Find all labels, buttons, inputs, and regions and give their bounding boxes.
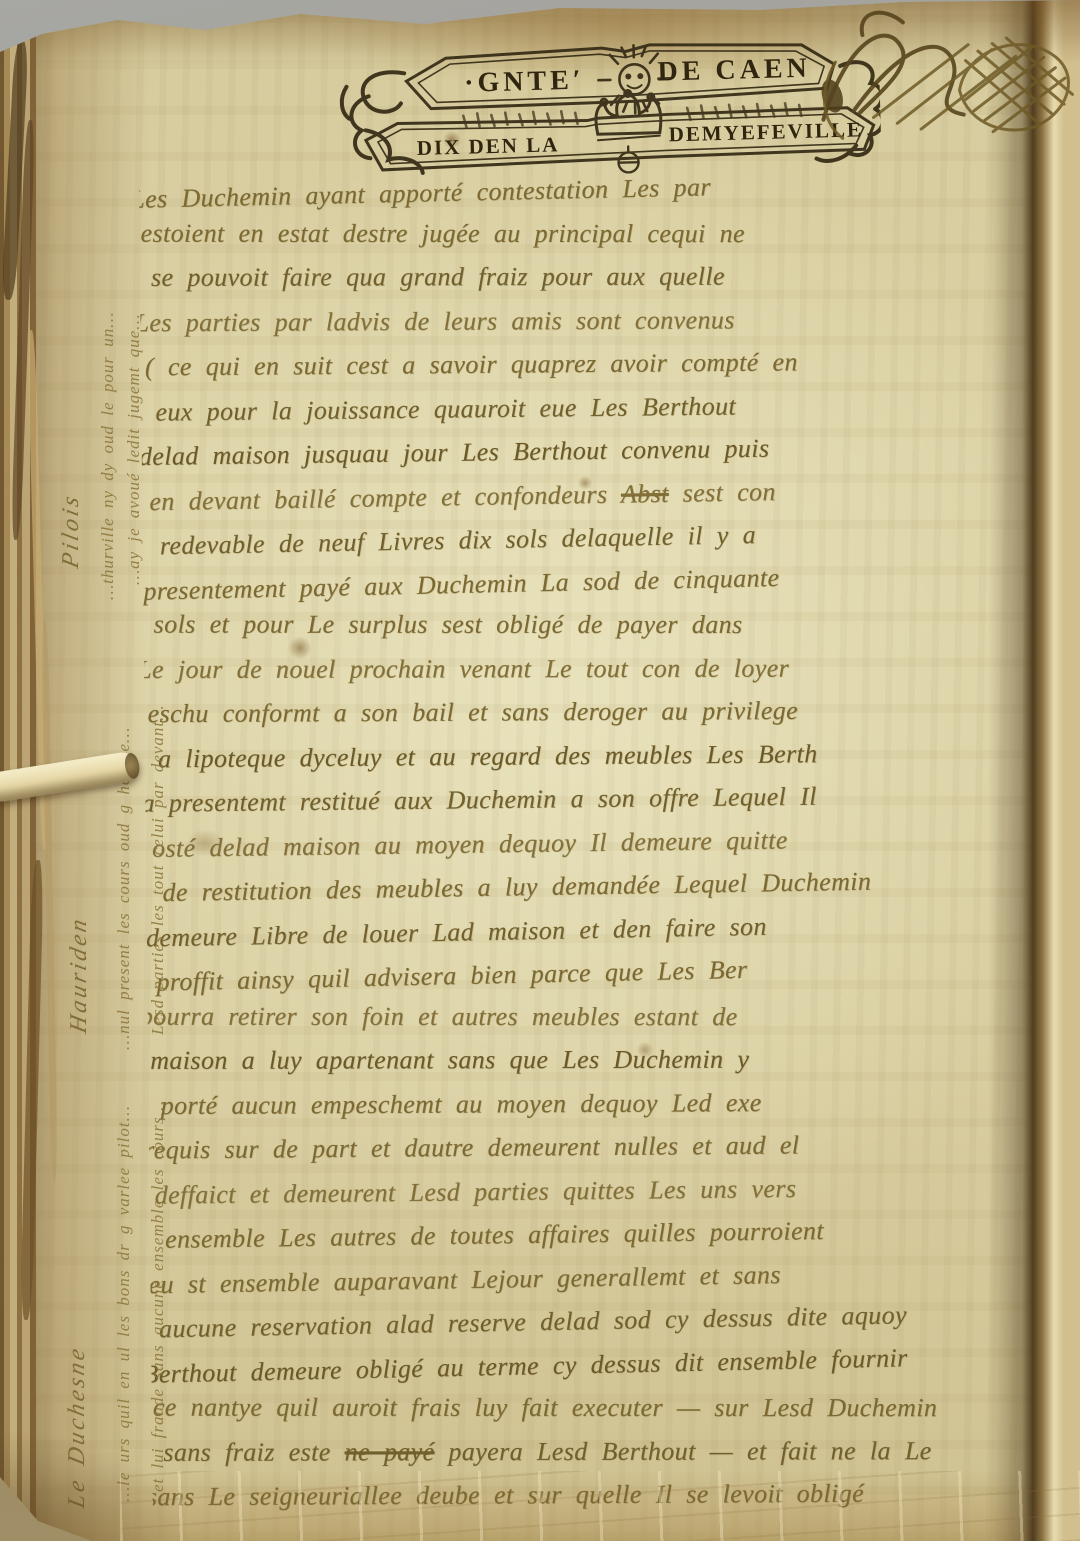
manuscript-line: pourra retirer son foin et autres meuble… [140, 994, 1040, 1038]
stamp-text-de-caen: DE CAEN [657, 53, 811, 88]
manuscript-line: estoient en estat destre jugée au princi… [141, 211, 1041, 255]
margin-note: …thurville ny dy oud le pour un… [98, 130, 118, 600]
fiscal-stamp: ·GNTE′ DE CAEN DIX DEN LA DEMYEFEVILLE [333, 25, 882, 181]
margin-note: et lui fraude sans aucune ensemble les c… [148, 1072, 168, 1492]
manuscript-line: Le jour de nouel prochain venant Le tout… [139, 646, 1037, 691]
manuscript-body: Les Duchemin ayant apporté contestation … [139, 163, 1053, 1534]
manuscript-line: eschu conformt a son bail et sans deroge… [147, 688, 1047, 736]
stamp-text-dix-den-la: DIX DEN LA [417, 132, 560, 160]
manuscript-line: sans fraiz este ne payé payera Lesd Bert… [163, 1428, 1053, 1473]
manuscript-line: sans Le seigneuriallee deube et sur quel… [147, 1471, 1047, 1519]
manuscript-line: maison a luy apartenant sans que Les Duc… [150, 1037, 1050, 1082]
margin-note: Lesd parties les tout celui par devant… [148, 615, 168, 1035]
manuscript-line: Les parties par ladvis de leurs amis son… [139, 296, 1035, 344]
pen-flourish-icon [813, 0, 1080, 154]
margin-note: …nul present les cours oud g harcee… [114, 620, 134, 1050]
margin-signature: Pilois [58, 491, 85, 571]
stamp-text-gnte: ·GNTE′ [464, 65, 585, 99]
margin-signature: Hauriden [66, 914, 93, 1036]
torn-paper-strip [41, 620, 58, 1180]
photographed-manuscript: ·GNTE′ DE CAEN DIX DEN LA DEMYEFEVILLE [0, 0, 1080, 1541]
manuscript-line: se pouvoit faire qua grand fraiz pour au… [151, 254, 1051, 299]
margin-note: …ay je avoué ledit jugemt que… [124, 155, 144, 585]
margin-note: …le urs quil en ul les bons dr g varlee … [114, 1072, 134, 1502]
manuscript-line: ce nantye quil auroit frais luy fait exe… [153, 1386, 1053, 1430]
margin-signature: Le Duchesne [64, 1343, 91, 1510]
manuscript-page: ·GNTE′ DE CAEN DIX DEN LA DEMYEFEVILLE [0, 0, 1080, 1541]
manuscript-line: porté aucun empeschemt au moyen dequoy L… [161, 1079, 1054, 1127]
manuscript-line: sols et pour Le surplus sest obligé de p… [154, 603, 1053, 647]
